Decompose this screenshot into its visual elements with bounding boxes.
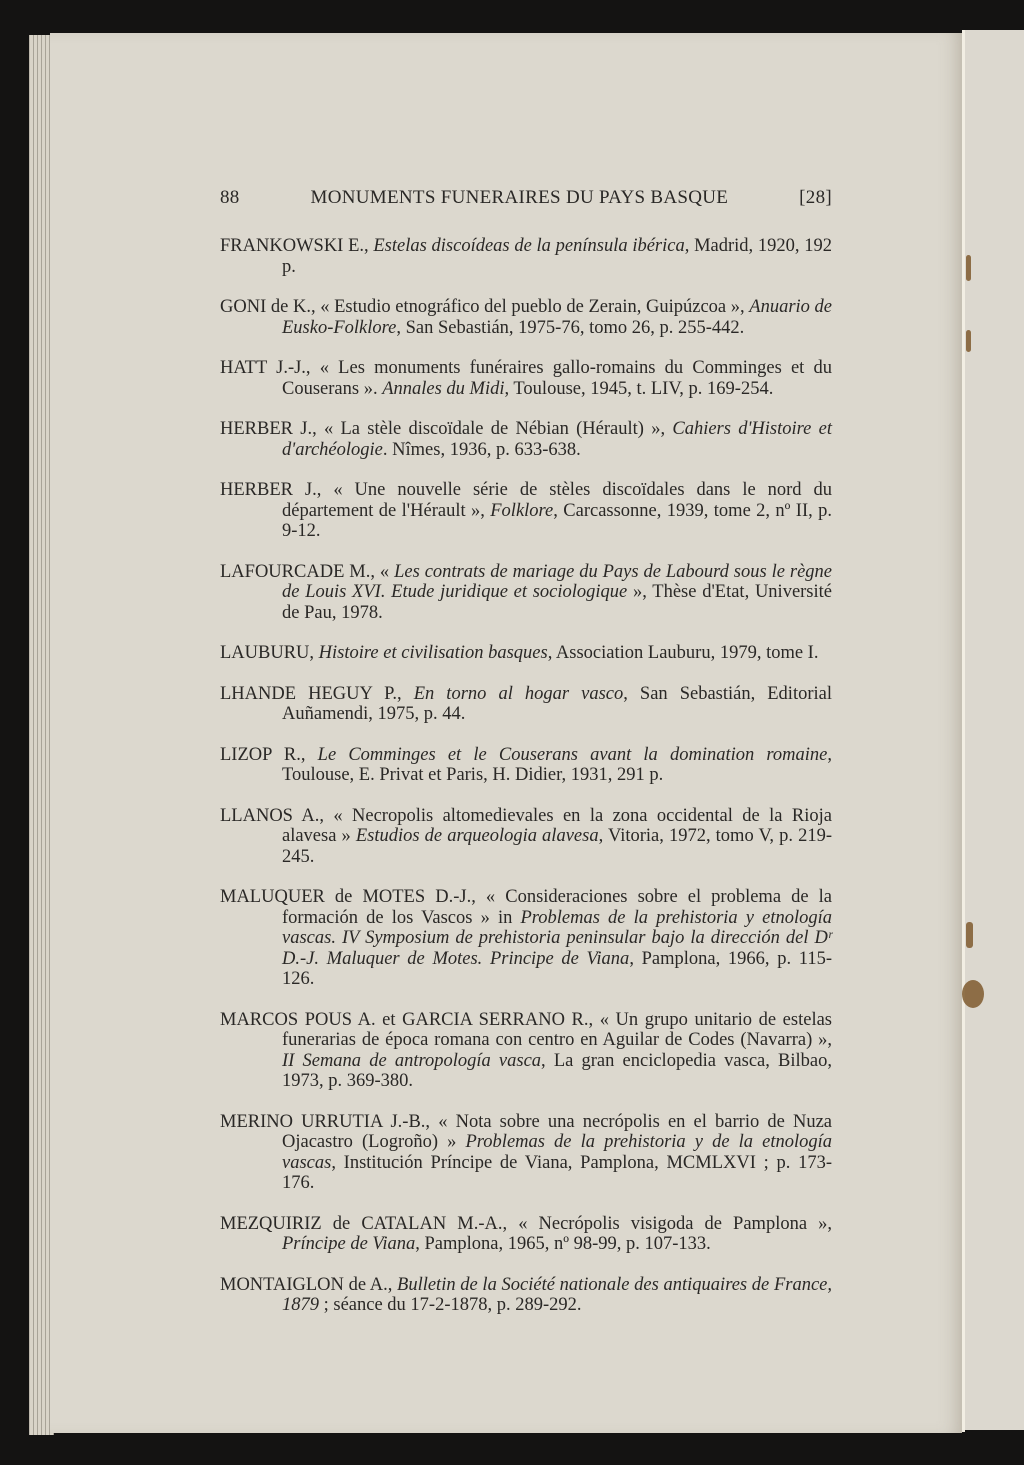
entry-title: En torno al hogar vasco: [414, 684, 624, 704]
bibliography-entry: MALUQUER de MOTES D.-J., « Consideracion…: [220, 887, 832, 990]
stain-mark: [966, 255, 971, 281]
entry-author: MARCOS POUS A. et GARCIA SERRANO R.,: [220, 1010, 593, 1030]
entry-author: HERBER J.,: [220, 419, 317, 439]
bibliography-entry: FRANKOWSKI E., Estelas discoídeas de la …: [220, 236, 832, 277]
bibliography-entry: HERBER J., « La stèle discoïdale de Nébi…: [220, 419, 832, 460]
bibliography-entry: MONTAIGLON de A., Bulletin de la Société…: [220, 1275, 832, 1316]
bibliography-entry: LLANOS A., « Necropolis altomedievales e…: [220, 806, 832, 868]
bibliography-entry: GONI de K., « Estudio etnográfico del pu…: [220, 297, 832, 338]
facing-page: [964, 30, 1024, 1430]
entry-author: LAFOURCADE M.,: [220, 562, 375, 582]
entry-author: FRANKOWSKI E.,: [220, 236, 369, 256]
bibliography-entry: HATT J.-J., « Les monuments funéraires g…: [220, 358, 832, 399]
book-gutter: [962, 30, 965, 1432]
bibliography-list: FRANKOWSKI E., Estelas discoídeas de la …: [220, 236, 832, 1336]
bibliography-entry: MERINO URRUTIA J.-B., « Nota sobre una n…: [220, 1112, 832, 1194]
bibliography-entry: LAFOURCADE M., « Les contrats de mariage…: [220, 562, 832, 624]
stain-mark: [962, 980, 984, 1008]
entry-author: MALUQUER de MOTES D.-J.,: [220, 887, 476, 907]
entry-title: Histoire et civilisation basques: [319, 643, 548, 663]
section-number: [28]: [799, 187, 832, 209]
bibliography-entry: LAUBURU, Histoire et civilisation basque…: [220, 643, 832, 664]
page-number: 88: [220, 187, 240, 209]
entry-author: HERBER J.,: [220, 480, 321, 500]
entry-title: Le Comminges et le Couserans avant la do…: [318, 745, 828, 765]
entry-author: LHANDE HEGUY P.,: [220, 684, 402, 704]
entry-title: Estudios de arqueologia alavesa: [356, 826, 599, 846]
entry-author: HATT J.-J.,: [220, 358, 311, 378]
bibliography-entry: LHANDE HEGUY P., En torno al hogar vasco…: [220, 684, 832, 725]
bibliography-entry: MARCOS POUS A. et GARCIA SERRANO R., « U…: [220, 1010, 832, 1092]
entry-author: LIZOP R.,: [220, 745, 305, 765]
entry-title: Príncipe de Viana: [282, 1234, 415, 1254]
entry-author: GONI de K.,: [220, 297, 316, 317]
stain-mark: [966, 922, 973, 948]
bibliography-entry: LIZOP R., Le Comminges et le Couserans a…: [220, 745, 832, 786]
running-header: 88 MONUMENTS FUNERAIRES DU PAYS BASQUE […: [220, 187, 832, 209]
entry-author: MERINO URRUTIA J.-B.,: [220, 1112, 430, 1132]
running-title: MONUMENTS FUNERAIRES DU PAYS BASQUE: [311, 187, 729, 209]
entry-title: Annales du Midi: [382, 379, 504, 399]
entry-author: LAUBURU,: [220, 643, 314, 663]
entry-title: Folklore: [490, 501, 553, 521]
stain-mark: [966, 330, 971, 352]
entry-author: LLANOS A.,: [220, 806, 324, 826]
bibliography-entry: MEZQUIRIZ de CATALAN M.-A., « Necrópolis…: [220, 1214, 832, 1255]
entry-author: MEZQUIRIZ de CATALAN M.-A.,: [220, 1214, 507, 1234]
bibliography-entry: HERBER J., « Une nouvelle série de stèle…: [220, 480, 832, 542]
entry-title: II Semana de antropología vasca: [282, 1051, 541, 1071]
entry-author: MONTAIGLON de A.,: [220, 1275, 392, 1295]
entry-title: Estelas discoídeas de la península ibéri…: [373, 236, 684, 256]
